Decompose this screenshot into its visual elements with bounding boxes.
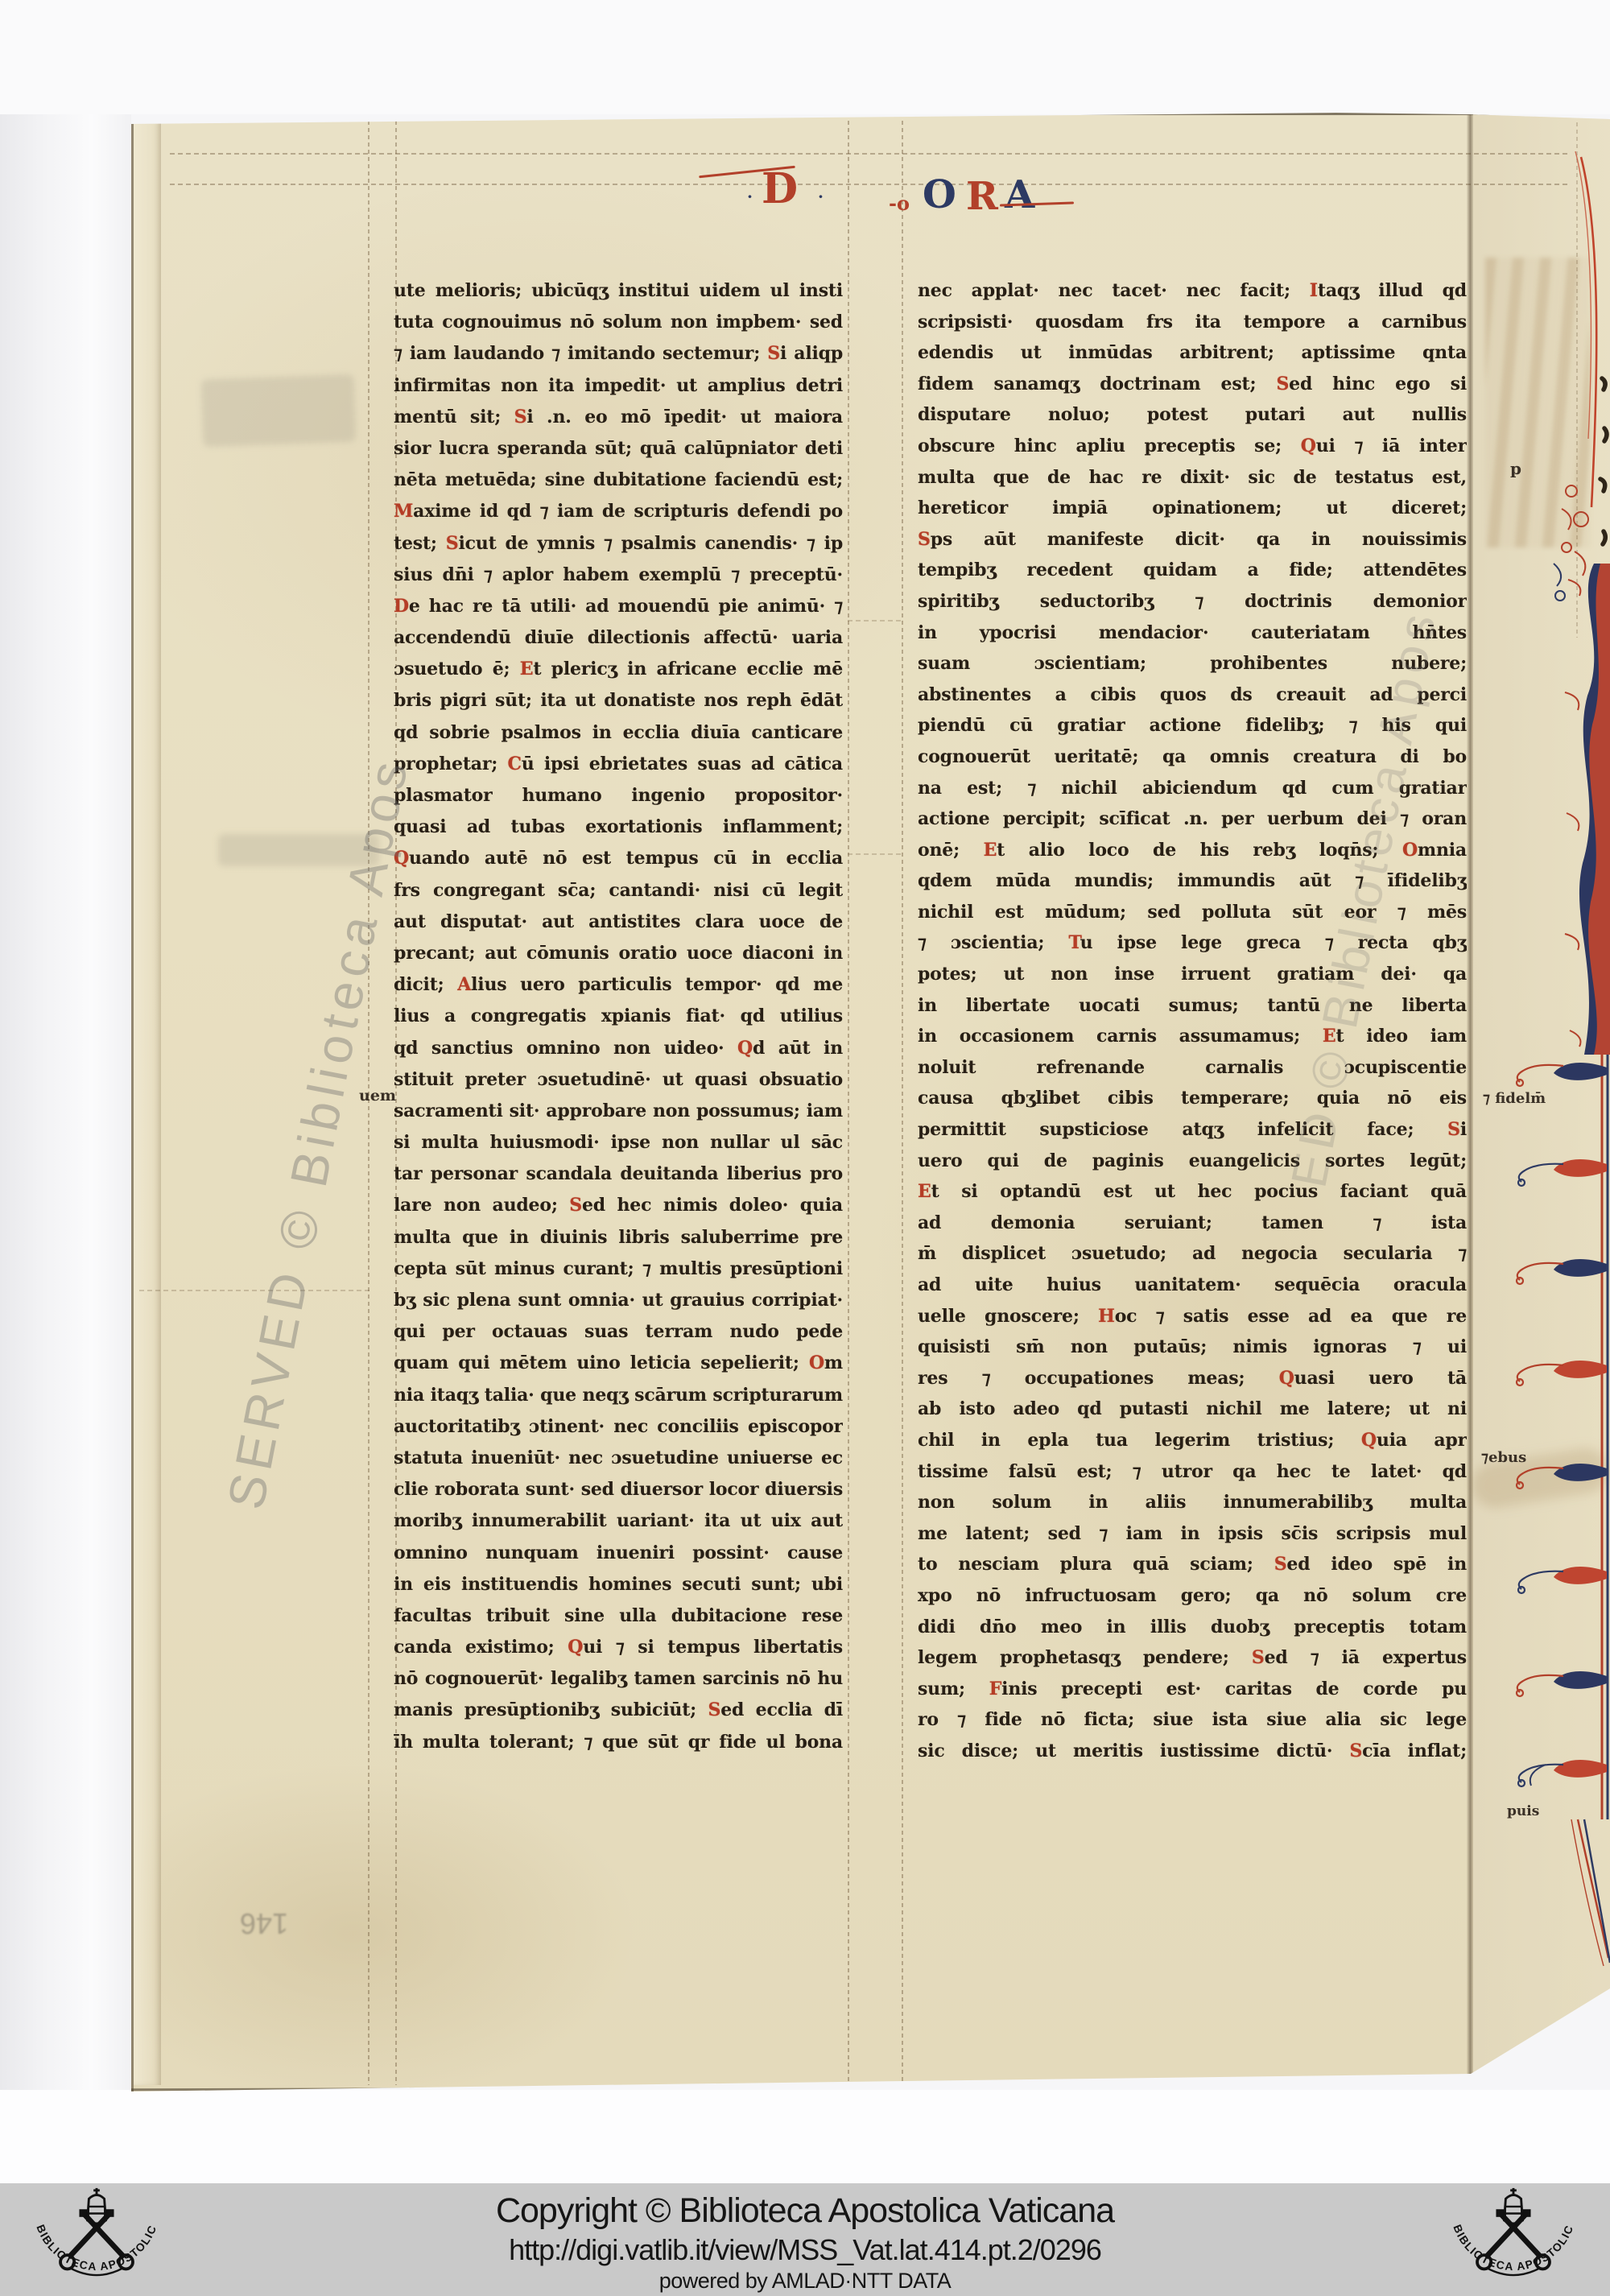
- manuscript-line: mentū sit; Si .n. eo mō īpedit· ut maior…: [394, 402, 843, 433]
- manuscript-line: Quando autē nō est tempus cū in ecclia: [394, 843, 843, 874]
- manuscript-line: nō cognouerūt· legalibʒ tamen sarcinis n…: [394, 1663, 843, 1695]
- manuscript-line: canda existimo; Qui ⁊ si tempus libertat…: [394, 1632, 843, 1663]
- manuscript-line: dicit; Alius uero particulis tempor· qd …: [394, 969, 843, 1001]
- manuscript-line: tissime falsū est; ⁊ utror qa hec te lat…: [918, 1456, 1467, 1488]
- ruling-line: [139, 1290, 369, 1291]
- manuscript-line: Et si optandū est ut hec pocius faciant …: [918, 1176, 1467, 1208]
- manuscript-line: in ypocrisi mendacior· cauteriatam hn̄te…: [918, 617, 1467, 649]
- manuscript-line: precant; aut cōmunis oratio uoce diaconi…: [394, 938, 843, 969]
- ruling-line: [848, 853, 904, 855]
- manuscript-line: lius a congregatis xpianis fiat· qd util…: [394, 1001, 843, 1032]
- ruling-line: [848, 620, 904, 621]
- manuscript-line: abstinentes a cibis quos ds creauit ad p…: [918, 679, 1467, 711]
- text-column-1: ute melioris; ubicūqʒ institui uidem ul …: [394, 275, 843, 1758]
- manuscript-line: ad uite huius uanitatem· sequēcia oracul…: [918, 1270, 1467, 1301]
- manuscript-line: nēta metuēda; sine dubitatione faciendū …: [394, 465, 843, 496]
- manuscript-line: frs congregant sc̄a; cantandi· nisi cū l…: [394, 875, 843, 906]
- manuscript-line: infirmitas non ita impedit· ut amplius d…: [394, 370, 843, 402]
- manuscript-line: qd sanctius omnino non uideo· Qd aūt in: [394, 1033, 843, 1064]
- manuscript-line: qdem mūda mundis; immundis aūt ⁊ īfideli…: [918, 865, 1467, 897]
- manuscript-line: to nesciam plura quā sciam; Sed ideo spē…: [918, 1549, 1467, 1580]
- manuscript-line: onē; Et alio loco de his rebʒ loqn̄s; Om…: [918, 835, 1467, 866]
- manuscript-line: fidem sanamqʒ doctrinam est; Sed hinc eg…: [918, 369, 1467, 400]
- manuscript-line: hereticor impiā opinationem; ut diceret;: [918, 493, 1467, 524]
- running-title-letter: O: [923, 172, 956, 217]
- footer-copyright: Copyright © Biblioteca Apostolica Vatica…: [0, 2191, 1610, 2231]
- manuscript-line: uero qui de paginis euangelicis sortes l…: [918, 1146, 1467, 1177]
- manuscript-line: obscure hinc apliu preceptis se; Qui ⁊ i…: [918, 431, 1467, 462]
- manuscript-line: accendendū diuīe dilectionis affectū· ua…: [394, 622, 843, 654]
- manuscript-line: stituit preter ɔsuetudinē· ut quasi obsu…: [394, 1064, 843, 1096]
- manuscript-line: in occasionem carnis assumamus; Et ideo …: [918, 1021, 1467, 1052]
- manuscript-line: sior lucra speranda sūt; quā calūpniator…: [394, 433, 843, 465]
- manuscript-line: aut disputat· aut antistites clara uoce …: [394, 906, 843, 938]
- manuscript-line: sacramenti sit· approbare non possumus; …: [394, 1096, 843, 1127]
- scanner-background-left: [0, 0, 131, 2183]
- pencil-smudge: [218, 834, 379, 866]
- ruling-line: [170, 153, 1571, 155]
- manuscript-line: sic disce; ut meritis iustissime dictū· …: [918, 1736, 1467, 1767]
- manuscript-line: legem prophetasqʒ pendere; Sed ⁊ iā expe…: [918, 1642, 1467, 1674]
- manuscript-line: causa qbʒlibet cibis temperare; quia nō …: [918, 1083, 1467, 1114]
- manuscript-line: nichil est mūdum; sed polluta sūt eor ⁊ …: [918, 897, 1467, 928]
- text-column-2: nec applat· nec tacet· nec facit; Itaqʒ …: [918, 275, 1467, 1767]
- manuscript-line: quasi ad tubas exortationis inflamment;: [394, 811, 843, 843]
- manuscript-line: bʒ sic plena sunt omnia· ut grauius corr…: [394, 1285, 843, 1316]
- manuscript-line: multa que in diuinis libris saluberrime …: [394, 1222, 843, 1253]
- ruling-line: [170, 184, 1571, 185]
- ruling-line: [902, 121, 903, 2085]
- manuscript-line: disputare noluo; potest putari aut nulli…: [918, 399, 1467, 431]
- manuscript-line: ɔsuetudo ē; Et plericʒ in africane eccli…: [394, 654, 843, 685]
- manuscript-line: sius dn̄i ⁊ aplor habem exemplū ⁊ precep…: [394, 560, 843, 591]
- manuscript-line: īh multa tolerant; ⁊ que sūt qr fide ul …: [394, 1727, 843, 1758]
- facing-page-border-decoration: [1497, 113, 1610, 2093]
- showthrough-folio-number: 146: [240, 1906, 288, 1940]
- running-title-dot: ·: [818, 187, 824, 206]
- manuscript-line: ute melioris; ubicūqʒ institui uidem ul …: [394, 275, 843, 307]
- manuscript-line: edendis ut inmūdas arbitrent; aptissime …: [918, 337, 1467, 369]
- manuscript-line: qd sobrie psalmos in ecclia diuīa cantic…: [394, 717, 843, 749]
- manuscript-line: bris pigri sūt; ita ut donatiste nos rep…: [394, 685, 843, 716]
- manuscript-line: facultas tribuit sine ulla dubitacione r…: [394, 1600, 843, 1632]
- manuscript-line: tempibʒ recedent quidam a fide; attendēt…: [918, 555, 1467, 586]
- manuscript-line: suam ɔscientiam; prohibentes nubere;: [918, 648, 1467, 679]
- manuscript-line: Sps aūt manifeste dicit· qa in nouissimi…: [918, 524, 1467, 555]
- manuscript-line: ab isto adeo qd putasti nichil me latere…: [918, 1394, 1467, 1425]
- margin-note: uem: [359, 1087, 396, 1105]
- manuscript-line: nia itaqʒ talia· que neqʒ scārum scriptu…: [394, 1380, 843, 1411]
- scan-viewer-page: · D · -o O R A ute melioris; ubicūqʒ ins…: [0, 0, 1610, 2296]
- manuscript-line: uelle gnoscere; Hoc ⁊ satis esse ad ea q…: [918, 1301, 1467, 1332]
- manuscript-line: tar personar scandala deuitanda liberius…: [394, 1158, 843, 1190]
- manuscript-line: chil in epla tua legerim tristius; Quia …: [918, 1425, 1467, 1456]
- manuscript-line: m̄ displicet ɔsuetudo; ad negocia secula…: [918, 1238, 1467, 1270]
- page-edge-left: [131, 113, 134, 2092]
- manuscript-line: ⁊ ɔscientia; Tu ipse lege greca ⁊ recta …: [918, 927, 1467, 959]
- manuscript-line: quisisti sm̄ non putaūs; nimis ignoras ⁊…: [918, 1332, 1467, 1363]
- manuscript-line: multa que de hac re dixit· sic de testat…: [918, 462, 1467, 493]
- scanner-background-bottom: [0, 2090, 1610, 2183]
- manuscript-line: omnino nunquam inueniri possint· cause q…: [394, 1538, 843, 1569]
- manuscript-line: prophetar; Cū ipsi ebrietates suas ad cā…: [394, 749, 843, 780]
- manuscript-line: De hac re tā utili· ad mouendū pie animū…: [394, 591, 843, 622]
- manuscript-line: auctoritatibʒ ɔtinent· nec conciliis epi…: [394, 1411, 843, 1443]
- ruling-line: [848, 121, 849, 2085]
- running-title-letter: A: [1005, 172, 1034, 217]
- manuscript-line: si multa huiusmodi· ipse non nullar ul s…: [394, 1127, 843, 1158]
- manuscript-line: ro ⁊ fide nō ficta; siue ista siue alia …: [918, 1704, 1467, 1736]
- manuscript-line: piendū cū gratiar actione fidelibʒ; ⁊ hi…: [918, 710, 1467, 741]
- manuscript-line: in eis instituendis homines secuti sunt;…: [394, 1569, 843, 1600]
- footer-powered-by: powered by AMLAD·NTT DATA: [0, 2269, 1610, 2294]
- manuscript-line: ad demonia seruiant; tamen ⁊ ista: [918, 1208, 1467, 1239]
- footer-bar: Copyright © Biblioteca Apostolica Vatica…: [0, 2183, 1610, 2296]
- manuscript-line: lare non audeo; Sed hec nimis doleo· qui…: [394, 1190, 843, 1221]
- manuscript-line: clie roborata sunt· sed diuersor locor d…: [394, 1474, 843, 1505]
- manuscript-line: test; Sicut de ymnis ⁊ psalmis canendis·…: [394, 528, 843, 560]
- manuscript-line: actione percipit; scīficat .n. per uerbu…: [918, 803, 1467, 835]
- manuscript-line: xpo nō infructuosam gero; qa nō solum cr…: [918, 1580, 1467, 1612]
- page-stack-edge: [134, 121, 161, 2085]
- manuscript-line: nec applat· nec tacet· nec facit; Itaqʒ …: [918, 275, 1467, 307]
- manuscript-line: didi dn̄o meo in illis duobʒ preceptis t…: [918, 1612, 1467, 1643]
- manuscript-line: me latent; sed ⁊ iam in ipsis sc̄is scri…: [918, 1518, 1467, 1550]
- manuscript-line: na est; ⁊ nichil abiciendum qd cum grati…: [918, 773, 1467, 804]
- pencil-smudge: [201, 374, 357, 448]
- manuscript-line: res ⁊ occupationes meas; Quasi uero tā: [918, 1363, 1467, 1394]
- manuscript-line: qui per octauas suas terram nudo pede te…: [394, 1316, 843, 1348]
- running-title-letter-left: D: [762, 164, 798, 213]
- manuscript-line: quam qui mētem uino leticia sepelierit; …: [394, 1348, 843, 1379]
- running-title-penwork: -o: [889, 192, 910, 215]
- manuscript-line: plasmator humano ingenio propositor·: [394, 780, 843, 811]
- manuscript-line: cognouerūt ueritatē; qa omnis creatura d…: [918, 741, 1467, 773]
- manuscript-line: manis presūptionibʒ subiciūt; Sed ecclia…: [394, 1695, 843, 1726]
- manuscript-line: tuta cognouimus nō solum non impbem· sed: [394, 307, 843, 338]
- manuscript-line: Maxime id qd ⁊ iam de scripturis defendi…: [394, 496, 843, 527]
- manuscript-line: scripsisti· quosdam frs ita tempore a ca…: [918, 307, 1467, 338]
- manuscript-line: spiritibʒ seductoribʒ ⁊ doctrinis demoni…: [918, 586, 1467, 617]
- manuscript-line: permittit supsticiose atqʒ infelicit fac…: [918, 1114, 1467, 1146]
- manuscript-line: noluit refrenande carnalis ɔcupiscentie: [918, 1052, 1467, 1084]
- gutter-fold-shadow: [1467, 113, 1473, 2087]
- manuscript-line: statuta inueniūt· nec ɔsuetudine uniuers…: [394, 1443, 843, 1474]
- manuscript-line: sum; Finis precepti est· caritas de cord…: [918, 1674, 1467, 1705]
- footer-url: http://digi.vatlib.it/view/MSS_Vat.lat.4…: [0, 2233, 1610, 2267]
- manuscript-line: in libertate uocati sumus; tantū ne libe…: [918, 990, 1467, 1022]
- vatican-library-logo-right: [1435, 2187, 1592, 2294]
- manuscript-line: potes; ut non inse irruent gratiam dei· …: [918, 959, 1467, 990]
- scanner-background-top: [0, 0, 1610, 114]
- manuscript-line: ⁊ iam laudando ⁊ imitando sectemur; Si a…: [394, 338, 843, 370]
- manuscript-line: cepta sūt minus curant; ⁊ multis presūpt…: [394, 1253, 843, 1285]
- running-title-dot: ·: [747, 187, 753, 206]
- manuscript-line: non solum in aliis innumerabilibʒ multa: [918, 1487, 1467, 1518]
- manuscript-line: moribʒ innumerabilit uariant· ita ut uix…: [394, 1505, 843, 1537]
- running-title-letter: R: [966, 174, 998, 219]
